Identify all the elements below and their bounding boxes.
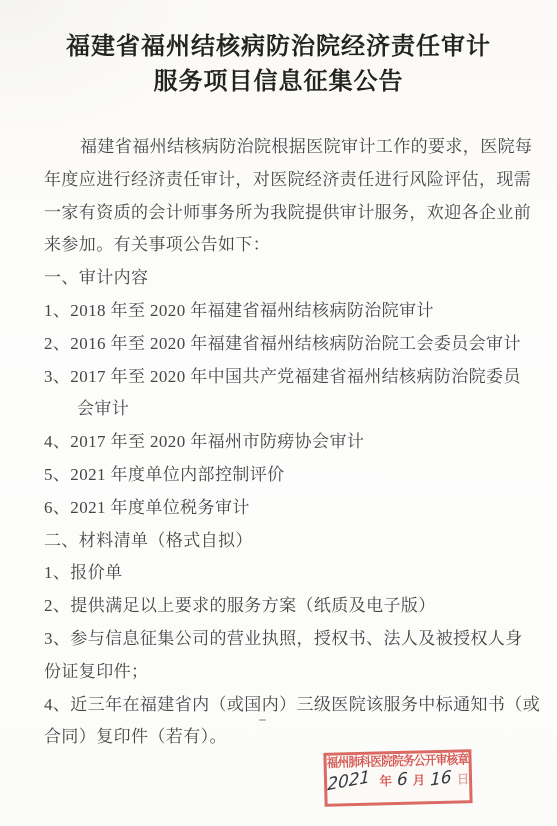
stamp-day-label: 日 [457, 772, 470, 786]
approval-stamp: 福州肺科医院院务公开审核章 2021 年 6 月 16 日 [323, 749, 472, 807]
material-item-2: 2、提供满足以上要求的服务方案（纸质及电子版） [44, 590, 522, 623]
audit-item-3: 3、2017 年至 2020 年中国共产党福建省福州结核病防治院委员 [44, 361, 522, 394]
material-item-1: 1、报价单 [44, 557, 522, 590]
audit-item-6: 6、2021 年度单位税务审计 [44, 492, 522, 525]
stamp-handwritten-month: 6 [397, 771, 408, 790]
stamp-handwritten-day: 16 [430, 769, 452, 789]
stamp-date-line: 2021 年 6 月 16 日 [327, 769, 469, 791]
intro-line-2: 年度应进行经济责任审计，对医院经济责任进行风险评估，现需 [44, 164, 522, 197]
material-item-3-continuation: 份证复印件； [44, 656, 522, 689]
audit-item-2: 2、2016 年至 2020 年福建省福州结核病防治院工会委员会审计 [44, 328, 522, 361]
audit-item-5: 5、2021 年度单位内部控制评价 [44, 459, 522, 492]
intro-line-4: 来参加。有关事项公告如下： [44, 229, 522, 262]
scanned-document-page: 福建省福州结核病防治院经济责任审计 服务项目信息征集公告 福建省福州结核病防治院… [0, 0, 557, 826]
scan-artifact-dash [259, 719, 266, 721]
stamp-year-label: 年 [379, 774, 392, 788]
material-item-4: 4、近三年在福建省内（或国内）三级医院该服务中标通知书（或 [44, 689, 522, 722]
audit-item-3-continuation: 会审计 [44, 393, 522, 426]
stamp-handwritten-year: 2021 [327, 769, 370, 794]
material-item-3: 3、参与信息征集公司的营业执照，授权书、法人及被授权人身 [44, 623, 522, 656]
stamp-month-label: 月 [413, 773, 426, 787]
title-line-2: 服务项目信息征集公告 [0, 65, 557, 100]
document-body: 福建省福州结核病防治院根据医院审计工作的要求，医院每 年度应进行经济责任审计，对… [44, 131, 522, 754]
document-title: 福建省福州结核病防治院经济责任审计 服务项目信息征集公告 [0, 30, 557, 100]
intro-line-3: 一家有资质的会计师事务所为我院提供审计服务，欢迎各企业前 [44, 197, 522, 230]
section1-heading: 一、审计内容 [44, 262, 522, 295]
audit-item-1: 1、2018 年至 2020 年福建省福州结核病防治院审计 [44, 295, 522, 328]
title-line-1: 福建省福州结核病防治院经济责任审计 [0, 30, 557, 65]
section2-heading: 二、材料清单（格式自拟） [44, 525, 522, 558]
audit-item-4: 4、2017 年至 2020 年福州市防痨协会审计 [44, 426, 522, 459]
intro-line-1: 福建省福州结核病防治院根据医院审计工作的要求，医院每 [44, 131, 522, 164]
